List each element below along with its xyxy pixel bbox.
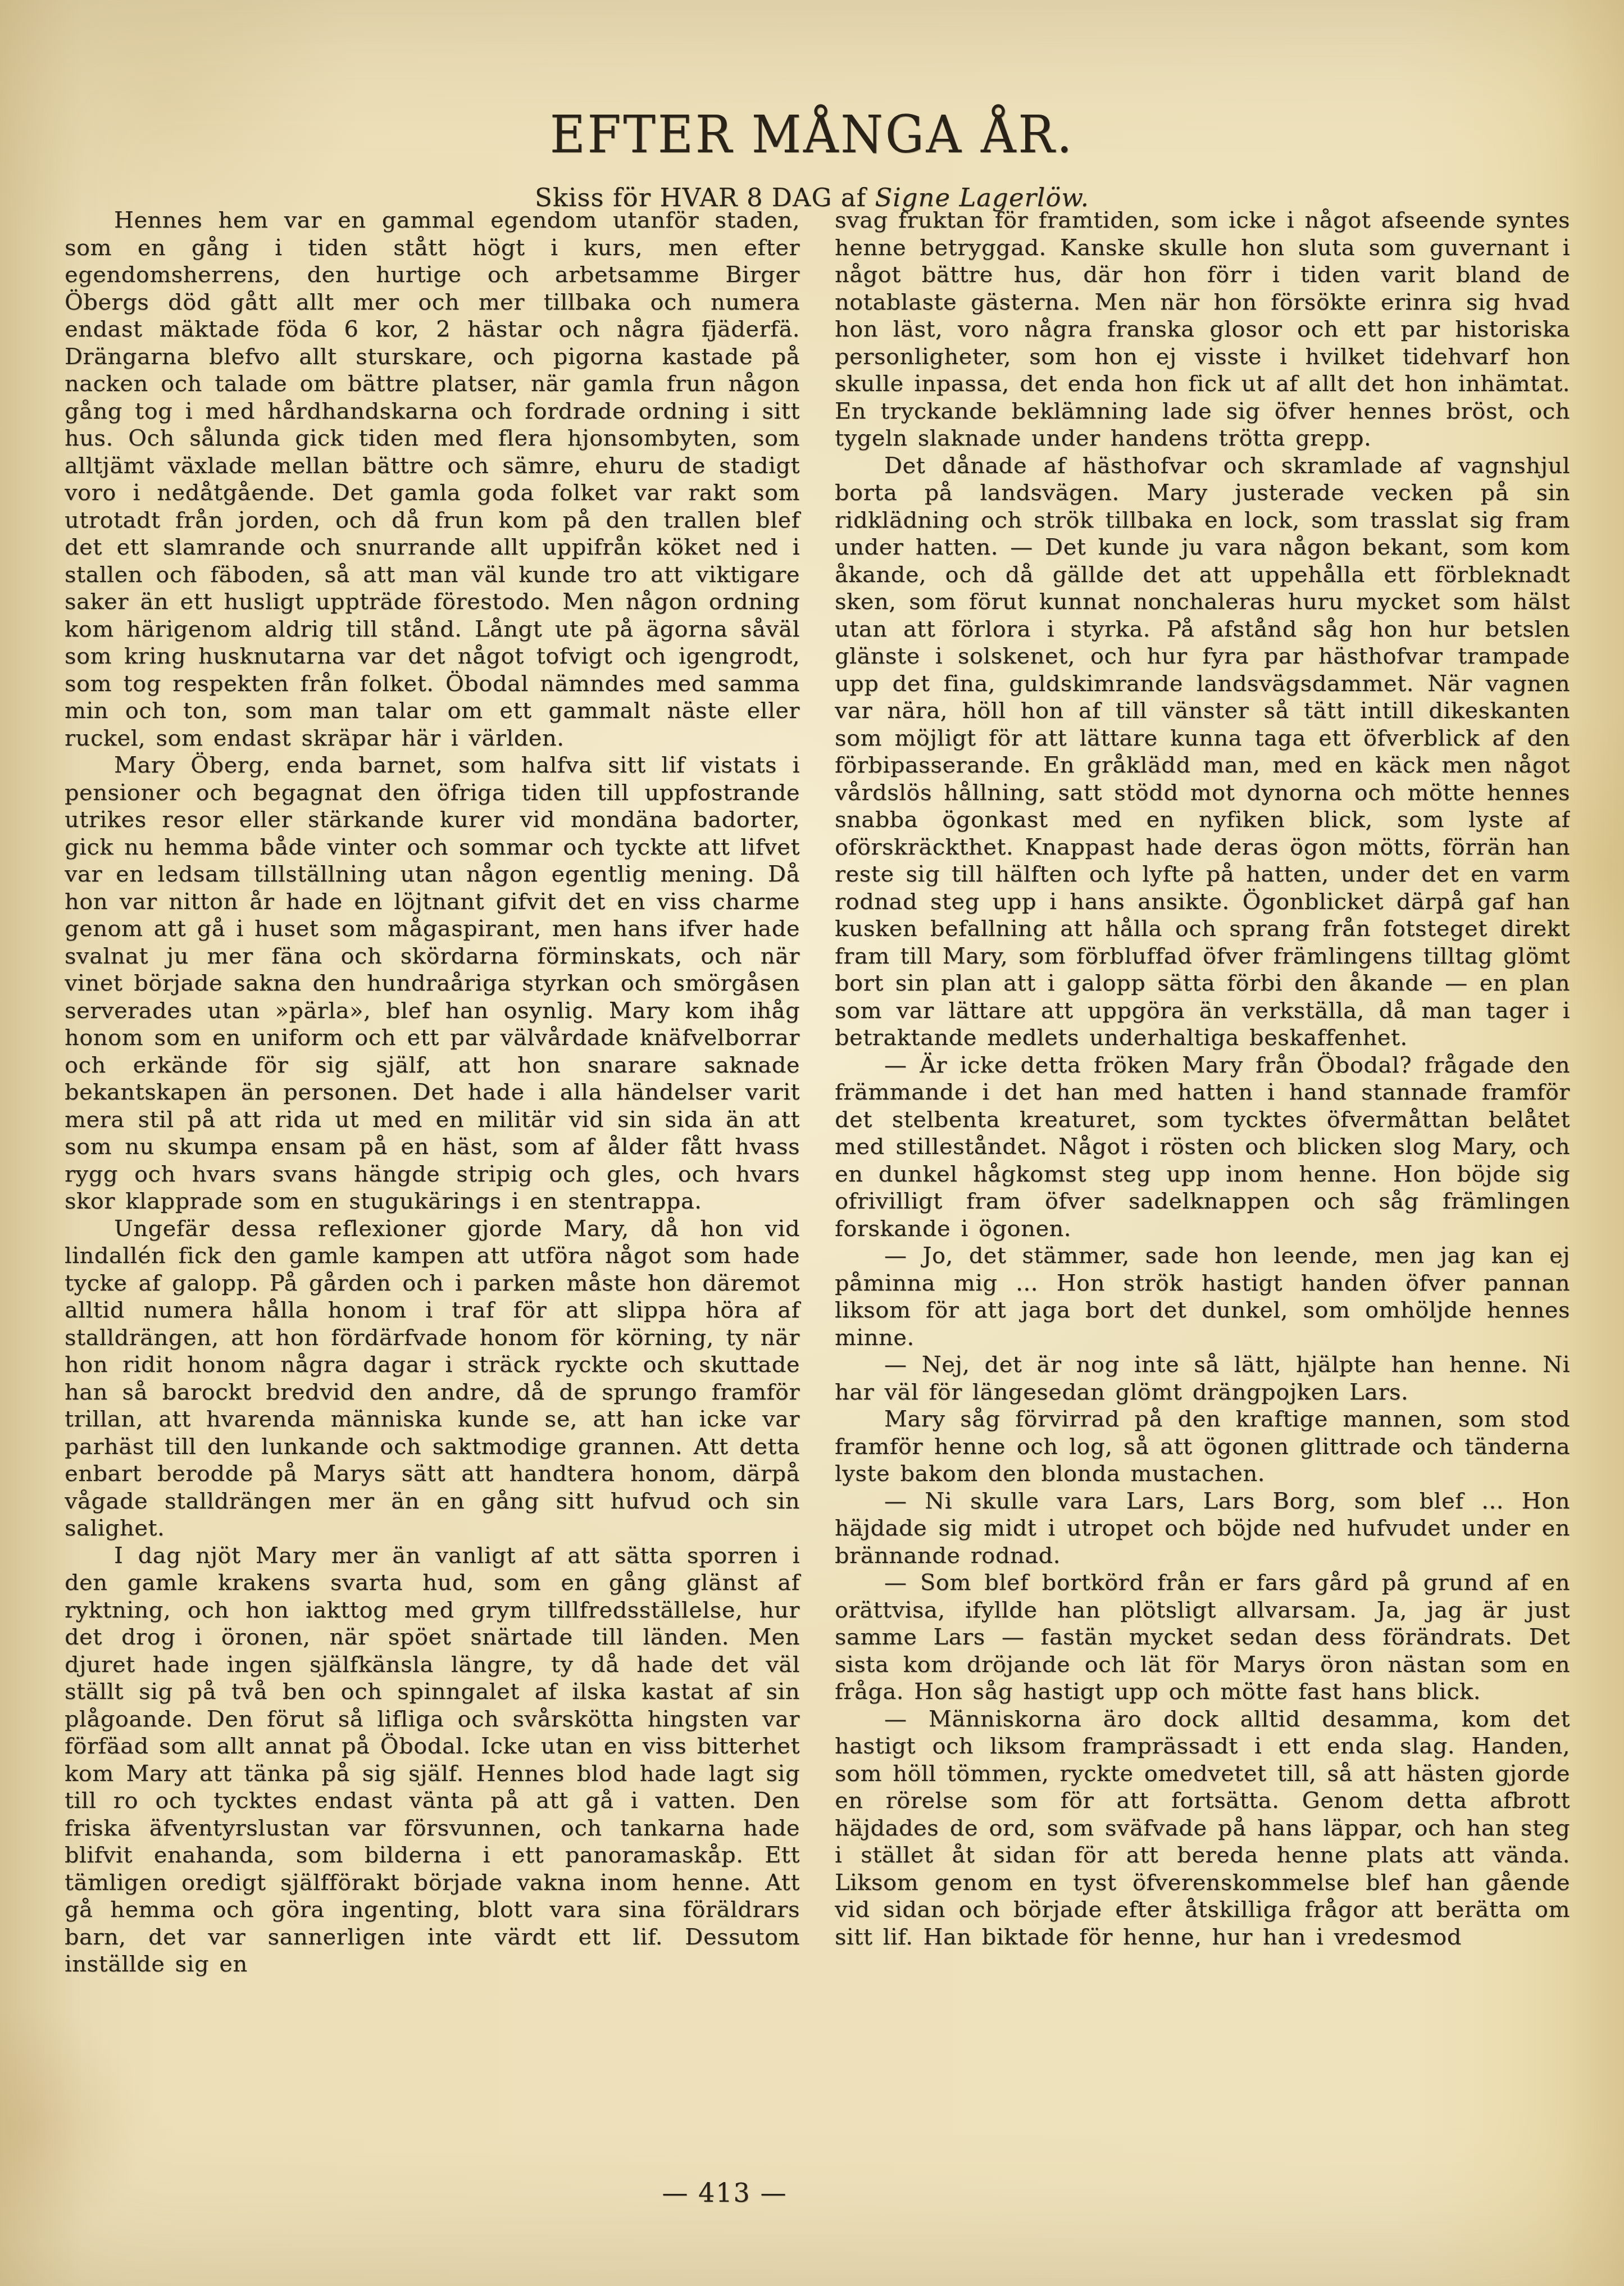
paragraph: Mary såg förvirrad på den kraftige manne… — [835, 1406, 1570, 1488]
paragraph: — Ni skulle vara Lars, Lars Borg, som bl… — [835, 1488, 1570, 1570]
text-columns: Hennes hem var en gammal egendom utanför… — [65, 207, 1570, 2151]
paragraph: Hennes hem var en gammal egendom utanför… — [65, 207, 800, 752]
paragraph: svag fruktan för framtiden, som icke i n… — [835, 207, 1570, 452]
page-title: EFTER MÅNGA ÅR. — [49, 104, 1576, 165]
paragraph: — Jo, det stämmer, sade hon leende, men … — [835, 1242, 1570, 1351]
paragraph: Ungefär dessa reflexioner gjorde Mary, d… — [65, 1215, 800, 1542]
right-column: svag fruktan för framtiden, som icke i n… — [835, 207, 1570, 2151]
paragraph: Det dånade af hästhofvar och skramlade a… — [835, 452, 1570, 1052]
paragraph: — Som blef bortkörd från er fars gård på… — [835, 1569, 1570, 1706]
paragraph: — Är icke detta fröken Mary från Öbodal?… — [835, 1052, 1570, 1243]
page-header: EFTER MÅNGA ÅR. Skiss för HVAR 8 DAG af … — [0, 104, 1624, 212]
paragraph: — Nej, det är nog inte så lätt, hjälpte … — [835, 1351, 1570, 1406]
paragraph: I dag njöt Mary mer än vanligt af att sä… — [65, 1542, 800, 1978]
page-number: — 413 — — [0, 2178, 1449, 2208]
left-column: Hennes hem var en gammal egendom utanför… — [65, 207, 800, 2151]
paragraph: — Människorna äro dock alltid desamma, k… — [835, 1706, 1570, 1951]
paragraph: Mary Öberg, enda barnet, som halfva sitt… — [65, 752, 800, 1215]
magazine-page: EFTER MÅNGA ÅR. Skiss för HVAR 8 DAG af … — [0, 0, 1624, 2286]
